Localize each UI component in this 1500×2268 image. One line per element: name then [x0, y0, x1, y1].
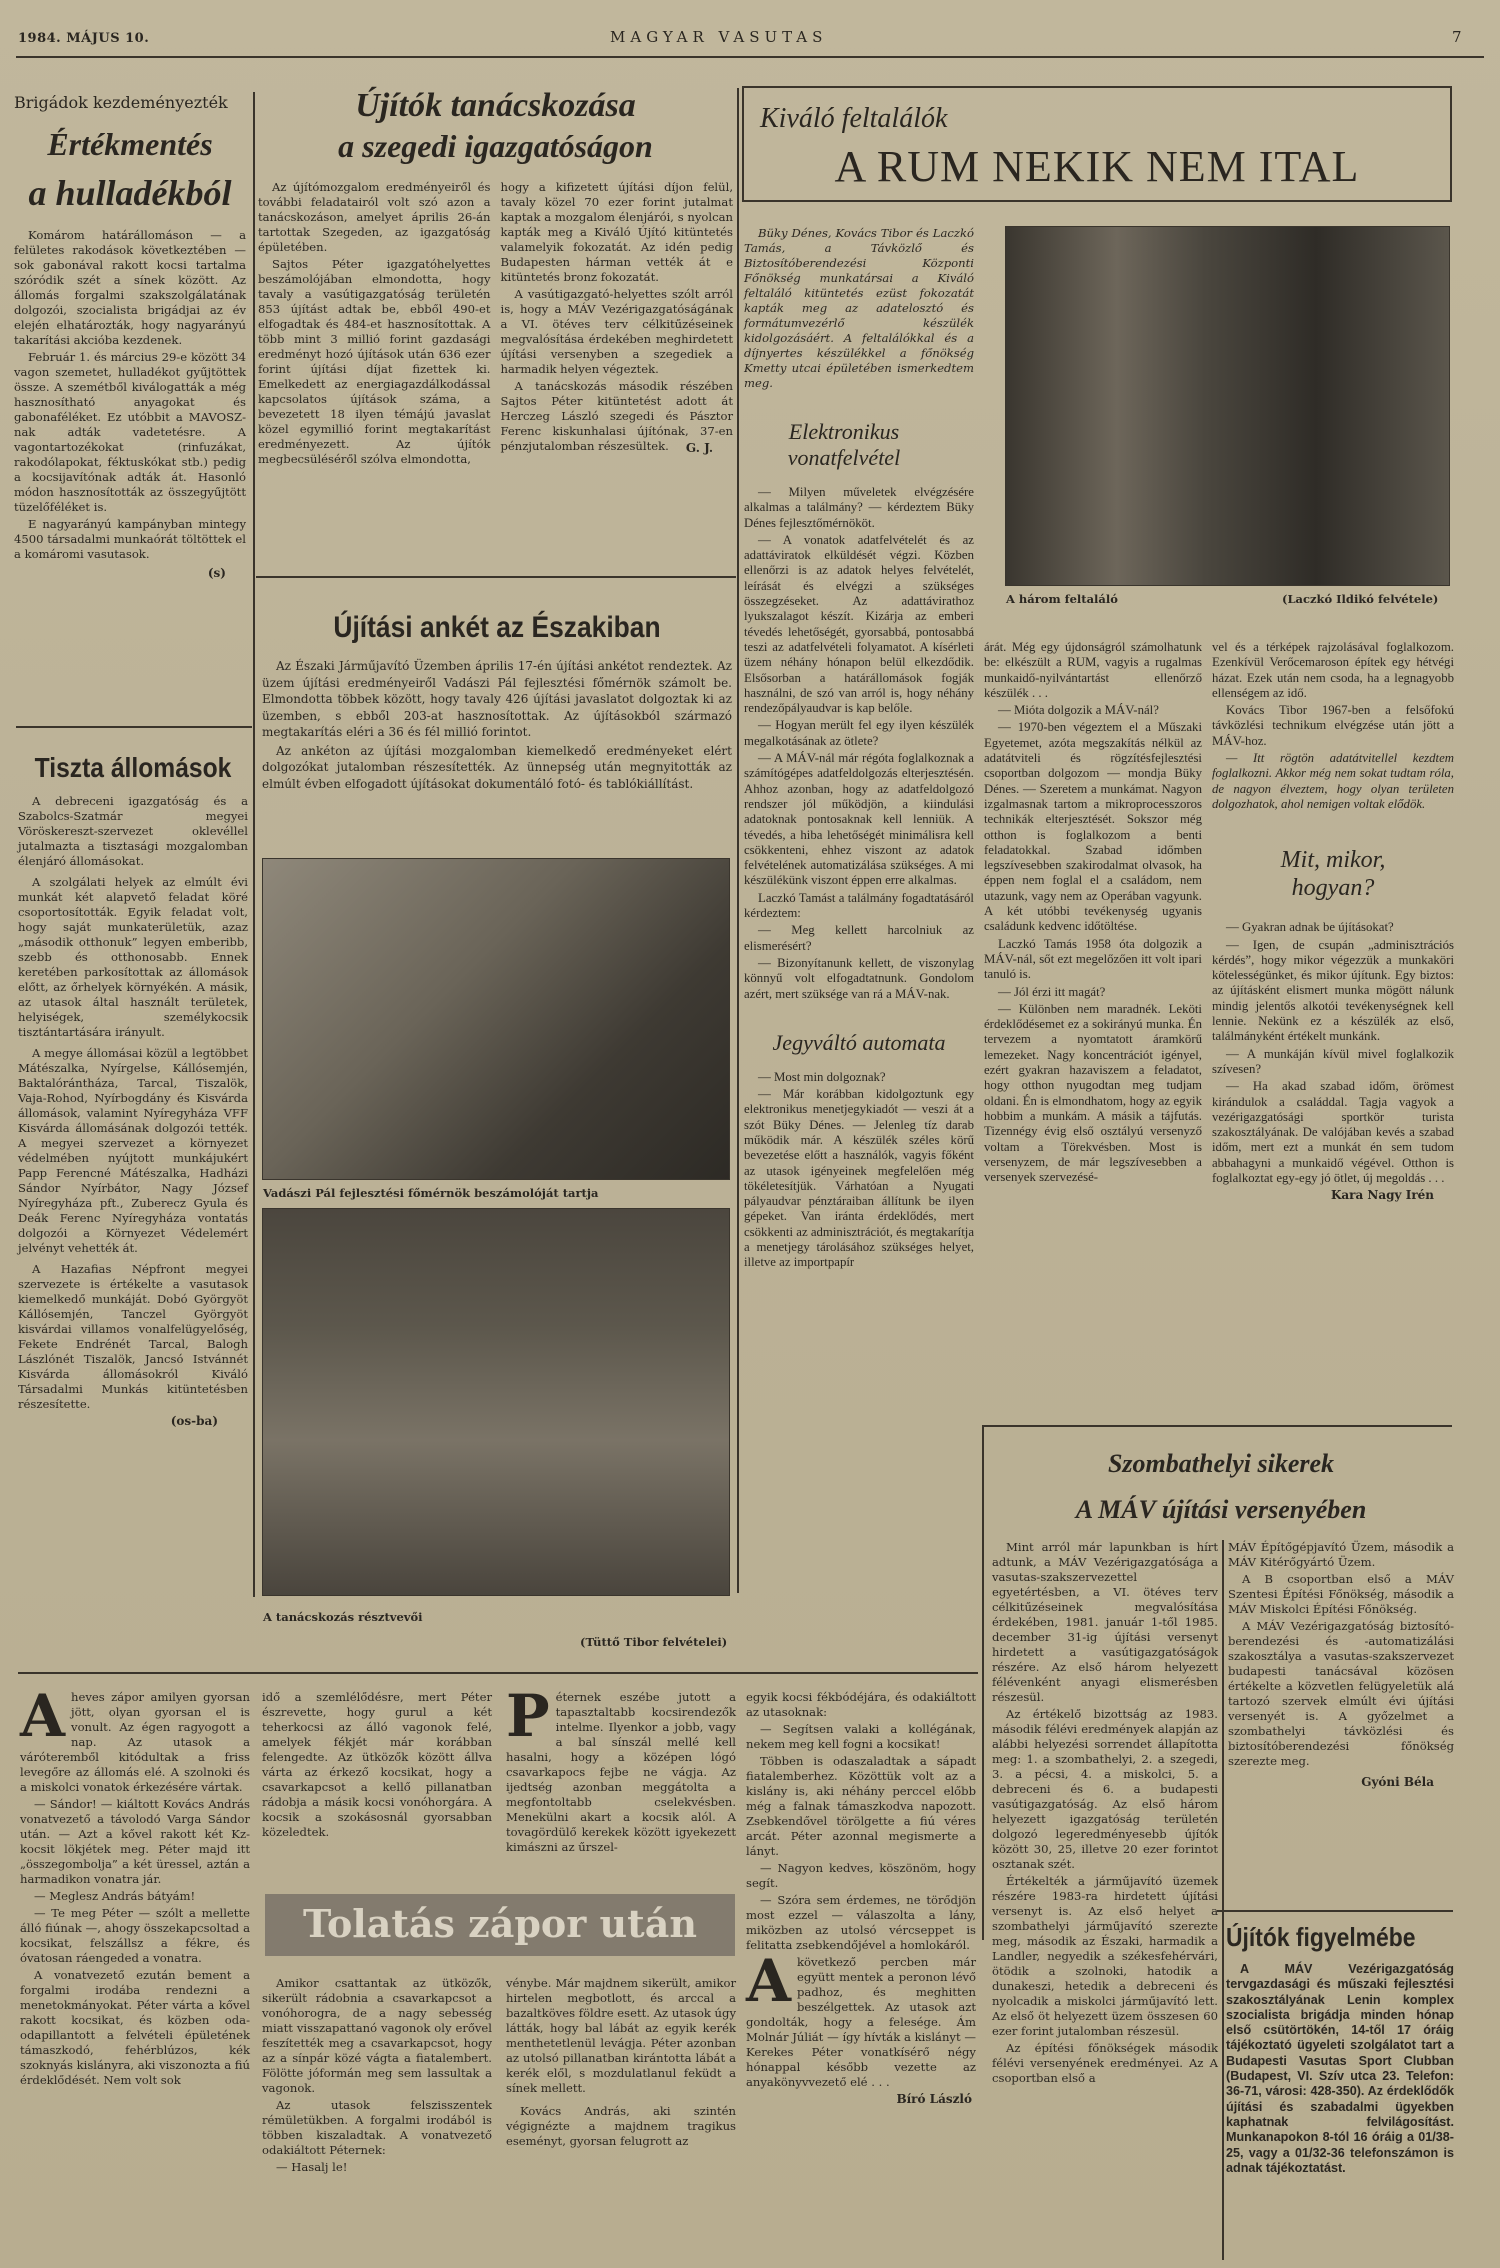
paragraph: vénybe. Már majdnem sikerült, amikor hir… — [506, 1976, 736, 2096]
paragraph: A vonatvezető ezután bement a forgalmi i… — [20, 1968, 250, 2088]
article-body: A MÁV Vezérigazgatóság tervgazdasági és … — [1226, 1962, 1454, 2176]
article-rum-col3: vel és a térképek rajzolásával foglalkoz… — [1212, 640, 1454, 1202]
article-signature: Kara Nagy Irén — [1212, 1188, 1434, 1202]
article-eszaki-anket: Újítási ankét az Északiban Az Északi Jár… — [262, 608, 732, 794]
article-body: Büky Dénes, Kovács Tibor és Laczkó Tamás… — [744, 226, 974, 391]
column-divider — [737, 88, 739, 1593]
article-tolatas-col4: egyik kocsi fékbódéjára, és odakiáltott … — [746, 1690, 976, 2106]
paragraph: A megye állomásai közül a legtöbbet Máté… — [18, 1046, 248, 1256]
paragraph: Az Északi Járműjavító Üzemben április 17… — [262, 658, 732, 741]
article-kicker: Kiváló feltalálók — [760, 102, 1450, 136]
photo-credit: (Laczkó Ildikó felvétele) — [1282, 592, 1438, 606]
paragraph: Az építési főnökségek második félévi ver… — [992, 2041, 1218, 2086]
article-tolatas-col3: Péternek eszébe jutott a tapasztaltabb k… — [506, 1690, 736, 1857]
paragraph: — Mióta dolgozik a MÁV-nál? — [984, 703, 1202, 718]
article-tolatas-col2b: Amikor csattantak az ütközők, sikerült r… — [262, 1976, 492, 2177]
paragraph: vel és a térképek rajzolásával foglalkoz… — [1212, 640, 1454, 701]
article-tiszta-allomasok: Tiszta állomások A debreceni igazgatóság… — [18, 748, 248, 1428]
paragraph: E nagyarányú kampányban mintegy 4500 tár… — [14, 517, 246, 562]
paragraph: Az ankéton az újítási mozgalomban kiemel… — [262, 743, 732, 793]
paragraph: A Hazafias Népfront megyei szervezete is… — [18, 1262, 248, 1412]
paragraph: MÁV Építőgépjavító Üzem, második a MÁV K… — [1228, 1540, 1454, 1570]
article-column: egyik kocsi fékbódéjára, és odakiáltott … — [746, 1690, 976, 2090]
article-column: — Most min dolgoznak? — Már korábban kid… — [744, 1070, 974, 1271]
paragraph: Február 1. és március 29-e között 34 vag… — [14, 350, 246, 515]
article-column: idő a szemlélődésre, mert Péter észrevet… — [262, 1690, 492, 1840]
masthead-rule — [16, 56, 1484, 58]
paragraph: Kovács András, aki szintén végignézte a … — [506, 2104, 736, 2149]
article-column: hogy a kifizetett újítási díjon felül, t… — [501, 180, 734, 469]
paragraph: — A vonatok adatfelvételét és az adattáv… — [744, 533, 974, 717]
paragraph: A vasútigazgató-helyettes szólt arról is… — [501, 287, 734, 377]
article-column: — Milyen műveletek elvégzésére alkalmas … — [744, 485, 974, 1002]
article-title: Újítási ankét az Északiban — [290, 608, 704, 648]
article-column: Az újítómozgalom eredményeiről és tovább… — [258, 180, 491, 469]
article-szombathely-col1: Mint arról már lapunkban is hírt adtunk,… — [992, 1540, 1218, 2088]
article-tolatas-col3b: vénybe. Már majdnem sikerült, amikor hir… — [506, 1976, 736, 2151]
article-column: Aheves zápor amilyen gyorsan jött, olyan… — [20, 1690, 250, 2088]
paragraph: A debreceni igazgatóság és a Szabolcs-Sz… — [18, 794, 248, 869]
article-tolatas-col1: Aheves zápor amilyen gyorsan jött, olyan… — [20, 1690, 250, 2090]
article-title-line2: a hulladékból — [14, 166, 246, 220]
paragraph: — Meglesz András bátyám! — [20, 1889, 250, 1904]
paragraph: — Ha akad szabad időm, örömest kirándulo… — [1212, 1079, 1454, 1186]
article-szombathely-col2: MÁV Építőgépjavító Üzem, második a MÁV K… — [1228, 1540, 1454, 1789]
article-signature: Bíró László — [746, 2092, 972, 2106]
article-title-line1: Újítók tanácskozása — [258, 86, 733, 126]
article-column: vénybe. Már majdnem sikerült, amikor hir… — [506, 1976, 736, 2149]
column-divider — [982, 1425, 984, 1940]
paragraph: Mint arról már lapunkban is hírt adtunk,… — [992, 1540, 1218, 1705]
article-ertekmentes: Brigádok kezdeményezték Értékmentés a hu… — [14, 88, 246, 580]
paragraph: Amikor csattantak az ütközők, sikerült r… — [262, 1976, 492, 2096]
newspaper-page: 1984. MÁJUS 10. MAGYAR VASUTAS 7 Brigádo… — [0, 0, 1500, 2268]
article-column: — Gyakran adnak be újításokat? — Igen, d… — [1212, 920, 1454, 1186]
drop-cap-a: A — [20, 1692, 65, 1740]
section-rule — [1217, 1910, 1453, 1912]
article-title: Újítók figyelmébe — [1226, 1920, 1427, 1954]
paragraph: árát. Még egy újdonságról számolhatunk b… — [984, 640, 1202, 701]
article-ujitok-figyelmebe: Újítók figyelmébe A MÁV Vezérigazgatóság… — [1226, 1920, 1454, 2176]
subheading: Jegyváltó automata — [744, 1030, 974, 1056]
photo-caption: A tanácskozás résztvevői — [263, 1610, 423, 1624]
paragraph: — Hogyan merült fel egy ilyen készülék m… — [744, 718, 974, 749]
paragraph: Aheves zápor amilyen gyorsan jött, olyan… — [20, 1690, 250, 1795]
paragraph: Kovács Tibor 1967-ben a felsőfokú távköz… — [1212, 703, 1454, 749]
article-body: Komárom határállomáson — a felületes rak… — [14, 228, 246, 562]
article-rum-col2: árát. Még egy újdonságról számolhatunk b… — [984, 640, 1202, 1187]
paragraph: — Nagyon kedves, köszönöm, hogy segít. — [746, 1861, 976, 1891]
paragraph: — Jól érzi itt magát? — [984, 985, 1202, 1000]
article-column: vel és a térképek rajzolásával foglalkoz… — [1212, 640, 1454, 812]
paragraph: Péternek eszébe jutott a tapasztaltabb k… — [506, 1690, 736, 1855]
paragraph: — Te meg Péter — szólt a mellette álló f… — [20, 1906, 250, 1966]
article-body: Az Északi Járműjavító Üzemben április 17… — [262, 658, 732, 792]
paragraph: Az értékelő bizottság az 1983. második f… — [992, 1707, 1218, 1872]
article-title: Tiszta állomások — [32, 748, 234, 788]
paragraph: Laczkó Tamást a találmány fogadtatásáról… — [744, 891, 974, 922]
issue-date: 1984. MÁJUS 10. — [18, 31, 149, 46]
section-rule — [982, 1425, 1452, 1427]
paragraph: — Most min dolgoznak? — [744, 1070, 974, 1085]
photo-credit: (Tüttő Tibor felvételei) — [580, 1635, 727, 1649]
article-tolatas-col2: idő a szemlélődésre, mert Péter észrevet… — [262, 1690, 492, 1842]
section-rule — [256, 576, 736, 578]
paragraph: — A munkáján kívül mivel foglalkozik szí… — [1212, 1047, 1454, 1078]
paragraph: — Bizonyítanunk kellett, de viszonylag k… — [744, 956, 974, 1002]
subheading: Elektronikus vonatfelvétel — [744, 419, 944, 471]
paragraph: A B csoportban első a MÁV Szentesi Építé… — [1228, 1572, 1454, 1617]
article-signature: Gyóni Béla — [1228, 1775, 1434, 1789]
subheading: Mit, mikor, hogyan? — [1212, 846, 1454, 902]
publication-title: MAGYAR VASUTAS — [610, 28, 827, 46]
article-kicker: Brigádok kezdeményezték — [14, 88, 246, 118]
drop-cap-a: A — [746, 1957, 791, 2005]
paragraph: Értékelték a járműjavító üzemek részére … — [992, 1874, 1218, 2039]
paragraph: A szolgálati helyek az elmúlt évi munkát… — [18, 875, 248, 1040]
article-title: A RUM NEKIK NEM ITAL — [744, 142, 1450, 192]
article-rum-intro: Büky Dénes, Kovács Tibor és Laczkó Tamás… — [744, 226, 974, 1273]
paragraph: — Gyakran adnak be újításokat? — [1212, 920, 1454, 935]
section-rule — [16, 726, 252, 728]
article-title-line2: A MÁV újítási versenyében — [990, 1488, 1452, 1532]
article-column: Mint arról már lapunkban is hírt adtunk,… — [992, 1540, 1218, 2086]
article-column: árát. Még egy újdonságról számolhatunk b… — [984, 640, 1202, 1185]
paragraph: Sajtos Péter igazgatóhelyettes beszámoló… — [258, 257, 491, 467]
article-column: Péternek eszébe jutott a tapasztaltabb k… — [506, 1690, 736, 1855]
paragraph: Az utasok felszisszentek rémületükben. A… — [262, 2098, 492, 2158]
article-signature: (s) — [14, 566, 226, 580]
column-divider — [253, 92, 255, 1597]
paragraph: Büky Dénes, Kovács Tibor és Laczkó Tamás… — [744, 226, 974, 391]
paragraph: — Szóra sem érdemes, ne törődjön most ez… — [746, 1893, 976, 1953]
article-body: A debreceni igazgatóság és a Szabolcs-Sz… — [18, 794, 248, 1412]
paragraph: egyik kocsi fékbódéjára, és odakiáltott … — [746, 1690, 976, 1720]
paragraph: — Különben nem maradnék. Leköti érdeklőd… — [984, 1002, 1202, 1186]
photo-speaker-presentation — [262, 858, 730, 1180]
paragraph: — 1970-ben végeztem el a Műszaki Egyetem… — [984, 720, 1202, 934]
drop-cap-p: P — [506, 1692, 550, 1740]
paragraph: idő a szemlélődésre, mert Péter észrevet… — [262, 1690, 492, 1840]
page-number: 7 — [1452, 28, 1462, 46]
headline-box: Kiváló feltalálók A RUM NEKIK NEM ITAL — [742, 86, 1452, 202]
article-szombathelyi-sikerek: Szombathelyi sikerek A MÁV újítási verse… — [990, 1440, 1452, 1532]
paragraph: — A MÁV-nál már régóta foglalkoznak a sz… — [744, 751, 974, 889]
paragraph: — Segítsen valaki a kollégának, nekem me… — [746, 1722, 976, 1752]
paragraph: — Igen, de csupán „adminisztrációs kérdé… — [1212, 938, 1454, 1045]
paragraph: — Itt rögtön adatátvitellel kezdtem fogl… — [1212, 751, 1454, 812]
paragraph: — Milyen műveletek elvégzésére alkalmas … — [744, 485, 974, 531]
article-banner-title: Tolatás zápor után — [265, 1894, 735, 1956]
paragraph: Többen is odaszaladtak a sápadt fiatalem… — [746, 1754, 976, 1859]
article-column: Amikor csattantak az ütközők, sikerült r… — [262, 1976, 492, 2175]
article-szegedi-igazgatosag: Újítók tanácskozása a szegedi igazgatósá… — [258, 86, 733, 469]
article-title-line2: a szegedi igazgatóságon — [258, 126, 733, 166]
paragraph: A MÁV Vezérigazgatóság biztosító-berende… — [1228, 1619, 1454, 1769]
paragraph: — Már korábban kidolgoztunk egy elektron… — [744, 1087, 974, 1271]
article-title-line1: Szombathelyi sikerek — [990, 1440, 1452, 1488]
paragraph: Komárom határállomáson — a felületes rak… — [14, 228, 246, 348]
photo-three-inventors — [1005, 226, 1450, 586]
article-column: MÁV Építőgépjavító Üzem, második a MÁV K… — [1228, 1540, 1454, 1769]
paragraph: — Hasalj le! — [262, 2160, 492, 2175]
section-rule — [18, 1672, 978, 1674]
photo-caption: Vadászi Pál fejlesztési főmérnök beszámo… — [263, 1186, 598, 1200]
paragraph: Akövetkező percben már együtt mentek a p… — [746, 1955, 976, 2090]
photo-caption: A három feltaláló — [1006, 592, 1118, 606]
paragraph: — Sándor! — kiáltott Kovács András vonat… — [20, 1797, 250, 1887]
column-divider — [1222, 1540, 1224, 2260]
article-signature: (os-ba) — [18, 1414, 218, 1428]
photo-participants — [262, 1208, 730, 1596]
paragraph: Az újítómozgalom eredményeiről és tovább… — [258, 180, 491, 255]
paragraph: Laczkó Tamás 1958 óta dolgozik a MÁV-nál… — [984, 937, 1202, 983]
paragraph: — Meg kellett harcolniuk az elismerésért… — [744, 923, 974, 954]
paragraph: hogy a kifizetett újítási díjon felül, t… — [501, 180, 734, 285]
article-title-line1: Értékmentés — [14, 122, 246, 166]
